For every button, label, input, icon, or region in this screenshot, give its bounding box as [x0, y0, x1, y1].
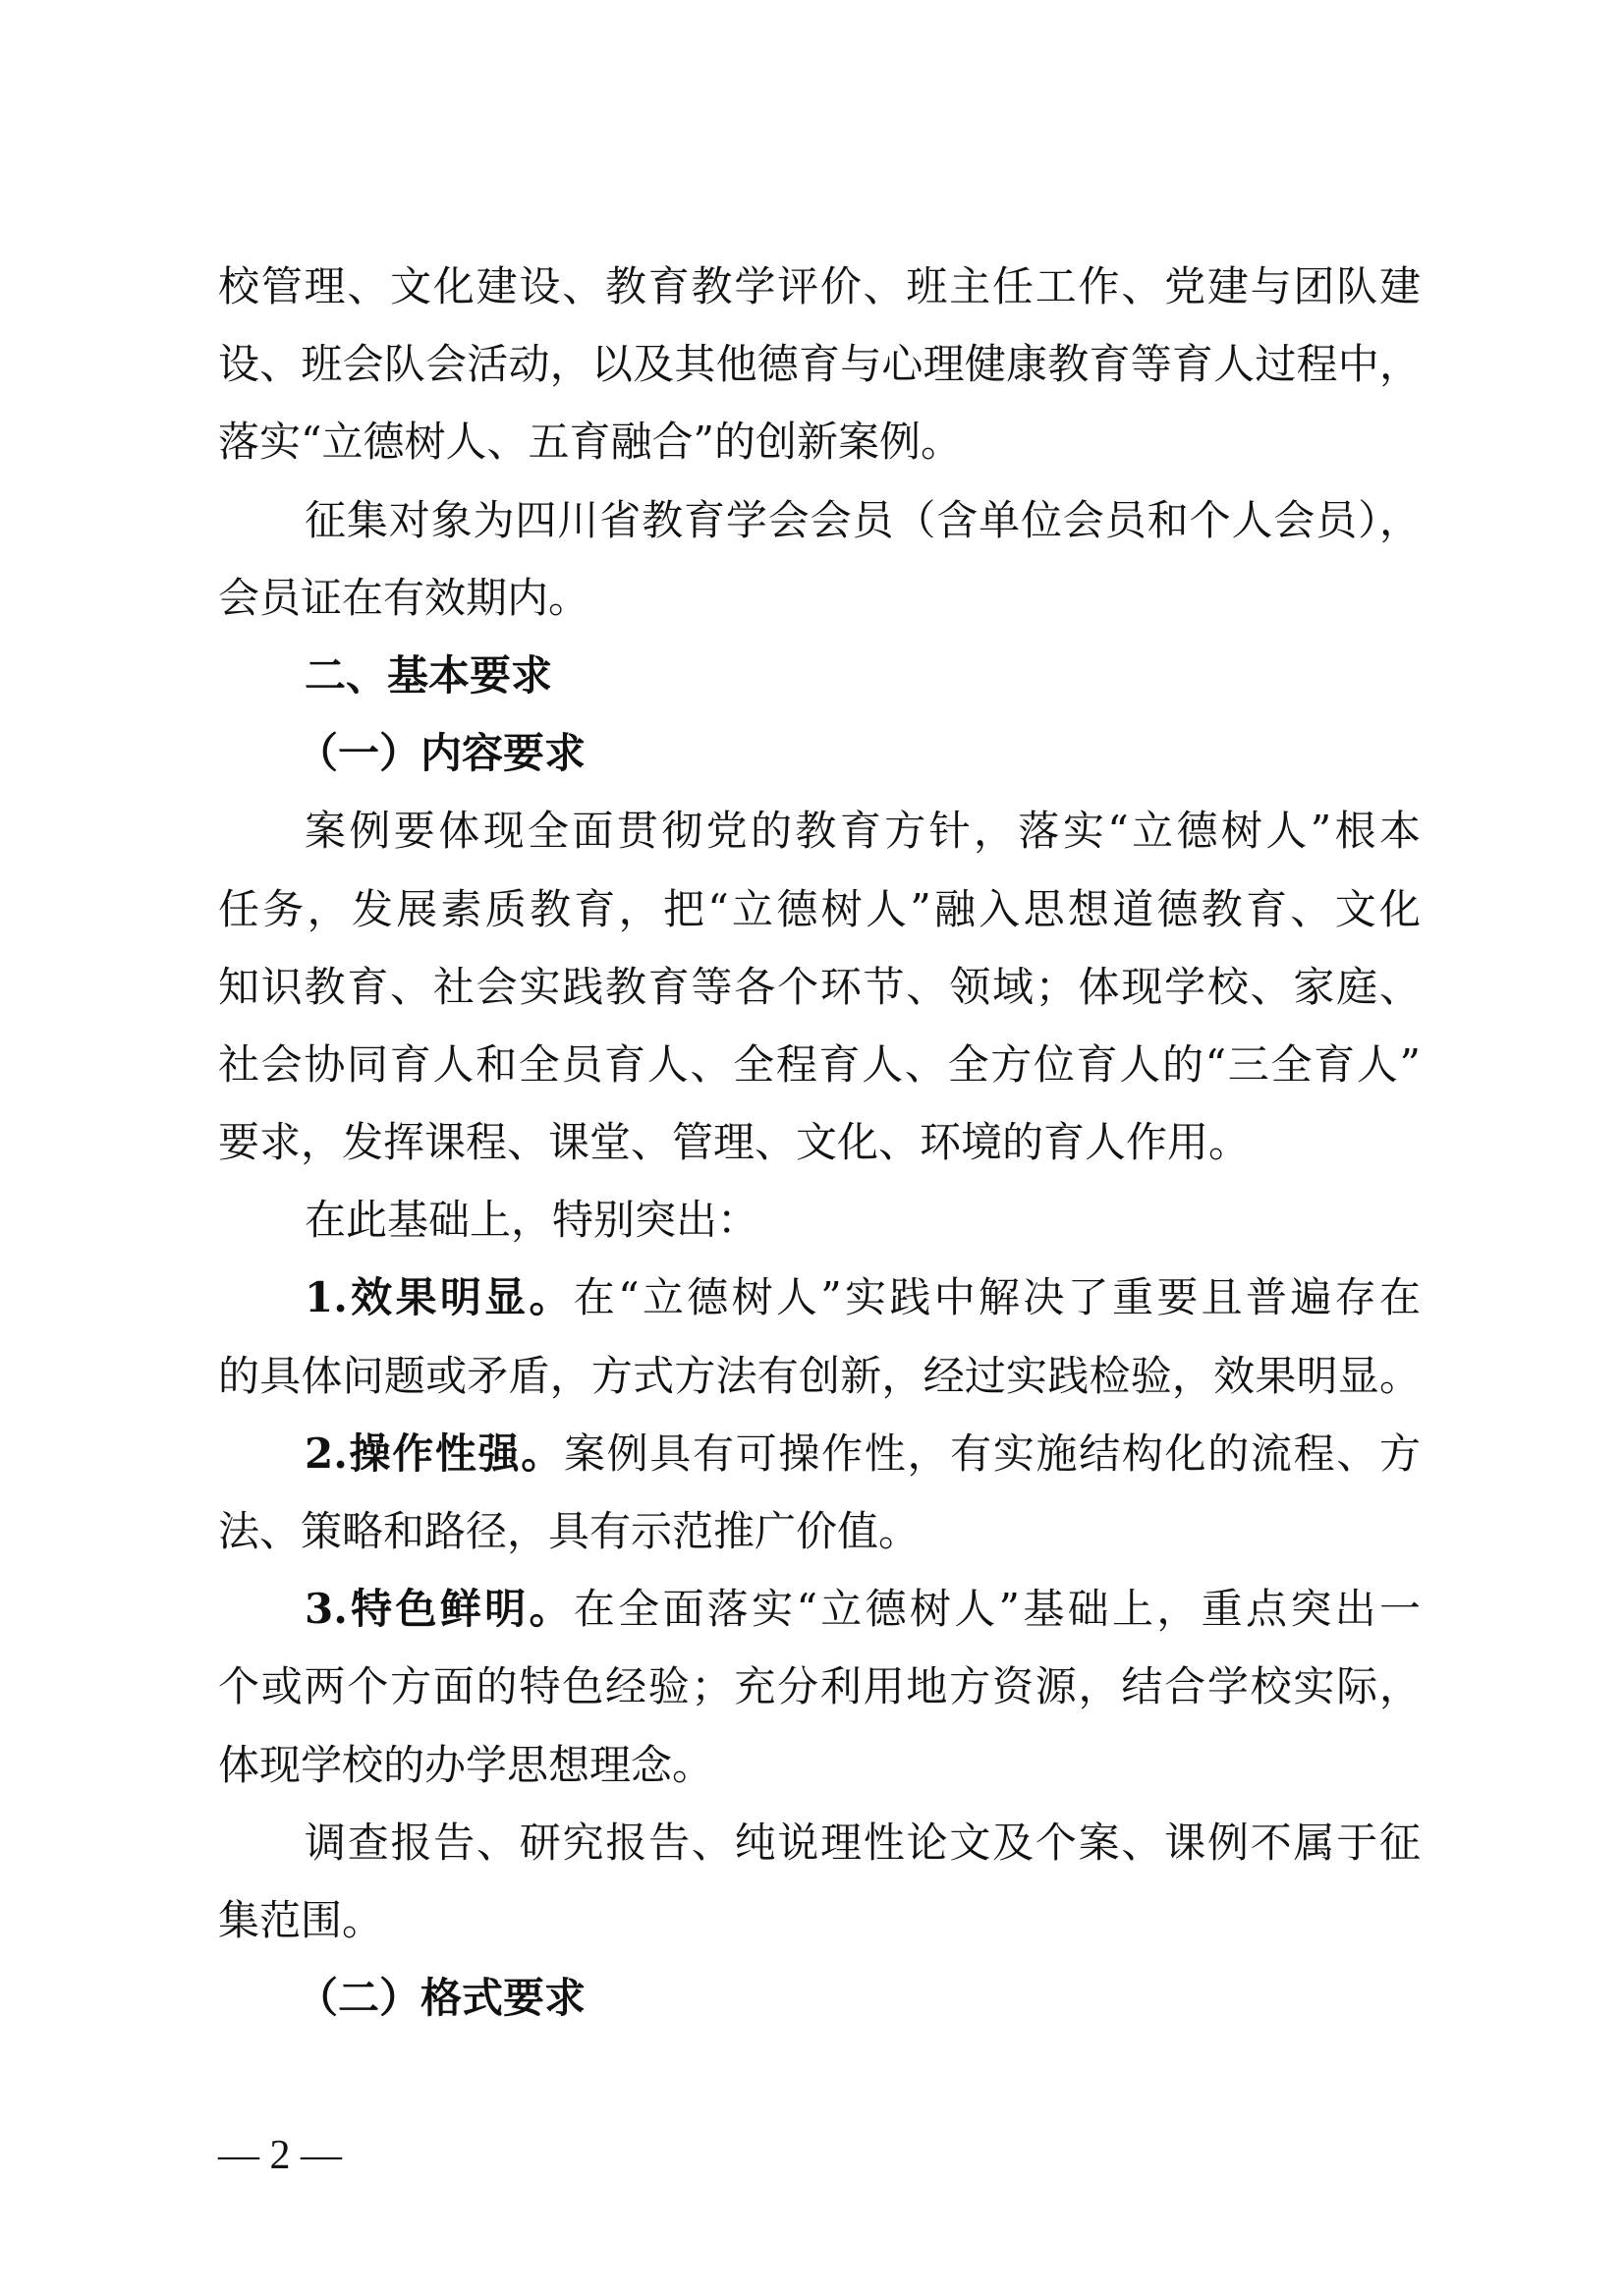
list-item-label: 2.操作性强。	[305, 1429, 564, 1478]
body-line: 集范围。	[218, 1881, 1421, 1959]
body-line: 设、班会队会活动，以及其他德育与心理健康教育等育人过程中，	[218, 325, 1421, 403]
body-line: 的具体问题或矛盾，方式方法有创新，经过实践检验，效果明显。	[218, 1337, 1421, 1415]
document-page: 校管理、文化建设、教育教学评价、班主任工作、党建与团队建 设、班会队会活动，以及…	[218, 248, 1421, 2037]
body-line: 法、策略和路径，具有示范推广价值。	[218, 1492, 1421, 1570]
body-line: 个或两个方面的特色经验；充分利用地方资源，结合学校实际，	[218, 1648, 1421, 1725]
body-line: 征集对象为四川省教育学会会员（含单位会员和个人会员），	[218, 481, 1421, 559]
body-line: 社会协同育人和全员育人、全程育人、全方位育人的“三全育人”	[218, 1026, 1421, 1103]
body-line: 知识教育、社会实践教育等各个环节、领域；体现学校、家庭、	[218, 948, 1421, 1026]
list-item-operability: 2.操作性强。案例具有可操作性，有实施结构化的流程、方	[218, 1415, 1421, 1492]
body-line: 要求，发挥课程、课堂、管理、文化、环境的育人作用。	[218, 1103, 1421, 1181]
list-item-text: 在“立德树人”实践中解决了重要且普遍存在	[574, 1273, 1421, 1321]
section-heading: 二、基本要求	[218, 637, 1507, 714]
body-line: 体现学校的办学思想理念。	[218, 1726, 1421, 1804]
body-line: 落实“立德树人、五育融合”的创新案例。	[218, 403, 1421, 480]
subsection-heading-format: （二）格式要求	[218, 1959, 1499, 2037]
body-line: 在此基础上，特别突出：	[218, 1181, 1421, 1259]
body-line: 任务，发展素质教育，把“立德树人”融入思想道德教育、文化	[218, 870, 1421, 948]
list-item-distinctive: 3.特色鲜明。在全面落实“立德树人”基础上，重点突出一	[218, 1570, 1421, 1648]
body-line: 会员证在有效期内。	[218, 559, 1421, 637]
body-line: 案例要体现全面贯彻党的教育方针，落实“立德树人”根本	[218, 792, 1421, 869]
list-item-label: 1.效果明显。	[305, 1273, 574, 1321]
list-item-text: 案例具有可操作性，有实施结构化的流程、方	[564, 1429, 1421, 1478]
page-number: — 2 —	[218, 2132, 342, 2179]
list-item-label: 3.特色鲜明。	[305, 1585, 574, 1633]
list-item-effect: 1.效果明显。在“立德树人”实践中解决了重要且普遍存在	[218, 1259, 1421, 1336]
list-item-text: 在全面落实“立德树人”基础上，重点突出一	[574, 1585, 1421, 1633]
subsection-heading-content: （一）内容要求	[218, 714, 1499, 792]
body-line: 调查报告、研究报告、纯说理性论文及个案、课例不属于征	[218, 1804, 1421, 1881]
body-line: 校管理、文化建设、教育教学评价、班主任工作、党建与团队建	[218, 248, 1421, 325]
